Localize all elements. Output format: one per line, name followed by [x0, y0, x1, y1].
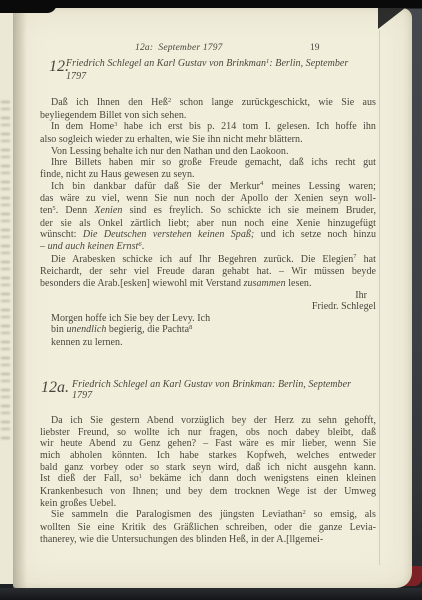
text-segment: . [142, 241, 145, 252]
text-line: Da ich Sie gestern Abend vorzüglich bey … [40, 415, 376, 427]
text-segment: Krankenbesuch von Ihnen; und bey dem tro… [40, 486, 376, 497]
text-segment: das wäre zu viel, wenn Sie nun noch der … [40, 193, 376, 204]
facing-page-sliver [0, 11, 13, 584]
footnote-marker: 5 [52, 205, 55, 212]
facing-page-faint-text [1, 101, 10, 441]
text-segment: Morgen hoffe ich Sie bey der Levy. Ich [51, 313, 210, 324]
text-segment: Friedr. Schlegel [312, 301, 376, 312]
text-segment: wollten Sie eine Kritik des Gräßlichen s… [40, 522, 376, 533]
letter-number: 12a. [41, 379, 69, 397]
text-line: wir heute Abend zu Genz gehen? – Fast wä… [40, 438, 376, 450]
text-segment: Ihre Billets haben mir so große Freude g… [51, 157, 376, 168]
text-segment: begierig, die Pachta [106, 324, 189, 335]
text-line: thanerey, wie die Untersuchungen des bli… [40, 534, 376, 546]
background-bottom-strip [0, 588, 422, 600]
text-line: Reichardt, der sehr viel Freude daran ge… [40, 266, 376, 278]
text-segment: Daß ich Ihnen den Heß [51, 97, 168, 108]
text-segment: wir heute Abend zu Genz gehen? – Fast wä… [40, 438, 376, 449]
footnote-marker: 7 [353, 253, 356, 260]
text-line: Ich bin dankbar dafür daß Sie der Merkur… [40, 181, 376, 194]
text-line: ten5. Denn Xenien sind es freylich. So s… [40, 205, 376, 218]
text-segment: Friedrich Schlegel an Karl Gustav von Br… [72, 379, 351, 390]
text-segment: Xenien [94, 205, 122, 216]
footnote-marker: 8 [189, 324, 192, 331]
text-segment: Die Deutschen verstehen keinen Spaß; [83, 229, 254, 240]
text-line: besonders die Arab.[esken] wiewohl mit V… [40, 278, 376, 290]
footnote-marker: 4 [260, 180, 263, 187]
text-segment: lesen. [286, 278, 312, 289]
footnote-marker: 3 [114, 121, 117, 128]
text-segment: Ich bin dankbar dafür daß Sie der Merkur [51, 181, 260, 192]
text-segment: unendlich [66, 324, 106, 335]
page-fore-edge-line [379, 30, 380, 565]
text-segment: thanerey, wie die Untersuchungen des bli… [40, 534, 323, 545]
text-segment: ten [40, 205, 52, 216]
text-segment: so emsig, als [306, 509, 376, 520]
text-segment: Die Arabesken schicke ich auf Ihr Begehr… [51, 254, 353, 265]
text-line: kein großes Uebel. [40, 498, 376, 510]
background-top-bump [162, 0, 250, 7]
text-segment: also sogleich wieder zu erhalten, wie Si… [40, 134, 303, 145]
text-line: Ist dieß der Fall, so1 bekäme ich dann d… [40, 473, 376, 486]
letter-heading-line: Friedrich Schlegel an Karl Gustav von Br… [40, 379, 376, 391]
text-segment: Sie sammeln die Paralogismen des jüngste… [51, 509, 303, 520]
text-segment: und auch keinen Ernst [48, 241, 139, 252]
text-line: das wäre zu viel, wenn Sie nun noch der … [40, 193, 376, 205]
text-line: kennen zu lernen. [40, 337, 376, 349]
text-segment: bekäme ich dann doch wenigstens einen kl… [142, 473, 376, 484]
letter-heading-line: 1797 [40, 71, 376, 83]
letter-text-block: Daß ich Ihnen den Heß2 schon lange zurüc… [40, 97, 376, 545]
page-gutter-shadow [13, 8, 27, 588]
text-segment: bin [51, 324, 66, 335]
letter-heading: 12a.Friedrich Schlegel an Karl Gustav vo… [40, 379, 376, 402]
text-line: Sie sammeln die Paralogismen des jüngste… [40, 509, 376, 522]
text-line: bald ganz vorbey oder so stark seyn wird… [40, 462, 376, 474]
text-segment: liebster Freund, so wollte ich nur frage… [40, 427, 376, 438]
text-segment: zusammen [244, 278, 286, 289]
page-number: 19 [310, 43, 320, 53]
text-segment: Ist dieß der Fall, so [40, 473, 139, 484]
text-segment: hat [357, 254, 376, 265]
text-segment: bald ganz vorbey oder so stark seyn wird… [40, 462, 376, 473]
text-line: Krankenbesuch von Ihnen; und bey dem tro… [40, 486, 376, 498]
footnote-marker: 1 [266, 58, 269, 65]
running-head: 12a: September 1797 [135, 43, 223, 53]
footnote-marker: 2 [303, 509, 306, 516]
letter-heading: 12.Friedrich Schlegel an Karl Gustav von… [40, 58, 376, 82]
text-line: Ihre Billets haben mir so große Freude g… [40, 157, 376, 169]
text-segment: beyliegendem Billet von sich sehen. [40, 110, 186, 121]
text-line: bin unendlich begierig, die Pachta8 [40, 324, 376, 337]
text-segment: : Berlin, September [269, 58, 348, 69]
text-line: Friedr. Schlegel [40, 301, 376, 313]
text-segment: Da ich Sie gestern Abend vorzüglich bey … [51, 415, 376, 426]
text-line: wünscht: Die Deutschen verstehen keinen … [40, 229, 376, 241]
footnote-marker: 2 [168, 97, 171, 104]
text-segment: und ich setze noch hinzu [254, 229, 376, 240]
text-line: – und auch keinen Ernst6. [40, 241, 376, 254]
book-scan: 12a: September 1797 19 12.Friedrich Schl… [0, 0, 422, 600]
text-line: Von Lessing behalte ich nur den Nathan u… [40, 146, 376, 158]
letter-heading-line: 1797 [40, 390, 376, 402]
text-line: der sie als Onkel zärtlich liebt; aber n… [40, 218, 376, 230]
text-line: Morgen hoffe ich Sie bey der Levy. Ich [40, 313, 376, 325]
letter-12-heading: 12.Friedrich Schlegel an Karl Gustav von… [40, 58, 376, 82]
text-segment: wünscht: [40, 229, 83, 240]
text-segment: kennen zu lernen. [51, 337, 123, 348]
text-line: Daß ich Ihnen den Heß2 schon lange zurüc… [40, 97, 376, 110]
text-line: beyliegendem Billet von sich sehen. [40, 110, 376, 122]
text-line: liebster Freund, so wollte ich nur frage… [40, 427, 376, 439]
text-segment: 1797 [66, 71, 86, 82]
text-segment: – [40, 241, 48, 252]
text-segment: Friedrich Schlegel an Karl Gustav von Br… [66, 58, 266, 69]
text-segment: 1797 [72, 390, 92, 401]
text-segment: besonders die Arab.[esken] wiewohl mit V… [40, 278, 244, 289]
letter-heading-line: Friedrich Schlegel an Karl Gustav von Br… [40, 58, 376, 71]
text-segment: Von Lessing behalte ich nur den Nathan u… [51, 146, 289, 157]
text-line: mich abholen könnten. Ich habe starkes K… [40, 450, 376, 462]
text-segment: . Denn [56, 205, 95, 216]
text-line: wollten Sie eine Kritik des Gräßlichen s… [40, 522, 376, 534]
letter-number: 12. [49, 58, 69, 76]
text-line: finde, nicht zu Haus gewesen zu seyn. [40, 169, 376, 181]
vertical-gap [40, 349, 376, 379]
text-segment: In dem Home [51, 121, 114, 132]
text-line: Die Arabesken schicke ich auf Ihr Begehr… [40, 254, 376, 267]
text-segment: kein großes Uebel. [40, 498, 116, 509]
background-top-left-wedge [0, 0, 57, 13]
text-segment: finde, nicht zu Haus gewesen zu seyn. [40, 169, 195, 180]
text-line: also sogleich wieder zu erhalten, wie Si… [40, 134, 376, 146]
text-segment: der sie als Onkel zärtlich liebt; aber n… [40, 218, 376, 229]
text-segment: sind es freylich. So schickte ich sie me… [122, 205, 376, 216]
text-segment: meines Lessing waren; [263, 181, 376, 192]
text-line: In dem Home3 habe ich erst bis p. 214 to… [40, 121, 376, 134]
text-segment: Reichardt, der sehr viel Freude daran ge… [40, 266, 376, 277]
vertical-gap [40, 402, 376, 415]
text-segment: schon lange zurückgeschickt, wie Sie aus [171, 97, 376, 108]
footnote-marker: 6 [138, 241, 141, 248]
footnote-marker: 1 [139, 473, 142, 480]
text-line: Ihr [40, 290, 376, 302]
text-segment: mich abholen könnten. Ich habe starkes K… [40, 450, 376, 461]
text-segment: habe ich erst bis p. 214 tom I. gelesen.… [117, 121, 376, 132]
text-segment: Ihr [355, 290, 367, 301]
